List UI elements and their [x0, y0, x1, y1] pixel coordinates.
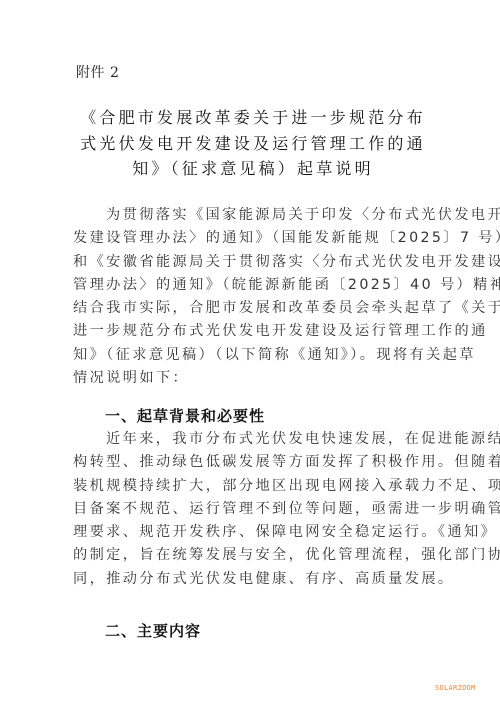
- paragraph-line: 发建设管理办法〉的通知》（国能发新能规〔2025〕7 号）: [73, 227, 425, 250]
- paragraph-line: 知》（征求意见稿）（以下简称《通知》）。现将有关起草: [73, 344, 425, 367]
- title-line: 《合肥市发展改革委关于进一步规范分布: [78, 105, 428, 131]
- paragraph-line: 管理办法〉的通知》（皖能源新能函〔2025〕40 号）精神，: [73, 274, 425, 297]
- section-heading-main-content: 二、主要内容: [105, 620, 201, 641]
- paragraph-line: 装机规模持续扩大，部分地区出现电网接入承载力不足、项: [73, 475, 425, 498]
- intro-paragraph: 为贯彻落实《国家能源局关于印发〈分布式光伏发电开 发建设管理办法〉的通知》（国能…: [73, 204, 425, 390]
- paragraph-line: 的制定，旨在统筹发展与安全，优化管理流程，强化部门协: [73, 544, 425, 567]
- title-line: 式光伏发电开发建设及运行管理工作的通: [78, 131, 428, 157]
- paragraph-line: 和《安徽省能源局关于贯彻落实〈分布式光伏发电开发建设: [73, 251, 425, 274]
- paragraph-line: 理要求、规范开发秩序、保障电网安全稳定运行。《通知》: [73, 521, 425, 544]
- paragraph-line: 为贯彻落实《国家能源局关于印发〈分布式光伏发电开: [73, 204, 425, 227]
- paragraph-line: 结合我市实际，合肥市发展和改革委员会牵头起草了《关于: [73, 297, 425, 320]
- paragraph-line: 情况说明如下：: [73, 367, 425, 390]
- attachment-label: 附件 2: [76, 62, 119, 82]
- document-page: 附件 2 《合肥市发展改革委关于进一步规范分布 式光伏发电开发建设及运行管理工作…: [0, 0, 500, 706]
- paragraph-line: 同，推动分布式光伏发电健康、有序、高质量发展。: [73, 568, 425, 591]
- paragraph-line: 近年来，我市分布式光伏发电快速发展，在促进能源结: [73, 428, 425, 451]
- section-paragraph-background: 近年来，我市分布式光伏发电快速发展，在促进能源结 构转型、推动绿色低碳发展等方面…: [73, 428, 425, 591]
- document-title: 《合肥市发展改革委关于进一步规范分布 式光伏发电开发建设及运行管理工作的通 知》…: [78, 105, 428, 182]
- paragraph-line: 构转型、推动绿色低碳发展等方面发挥了积极作用。但随着: [73, 451, 425, 474]
- paragraph-line: 进一步规范分布式光伏发电开发建设及运行管理工作的通: [73, 320, 425, 343]
- section-heading-background: 一、起草背景和必要性: [105, 405, 265, 426]
- watermark-logo: SOLARZOOM: [435, 684, 476, 692]
- paragraph-line: 目备案不规范、运行管理不到位等问题，亟需进一步明确管: [73, 498, 425, 521]
- title-line: 知》（征求意见稿）起草说明: [78, 156, 428, 182]
